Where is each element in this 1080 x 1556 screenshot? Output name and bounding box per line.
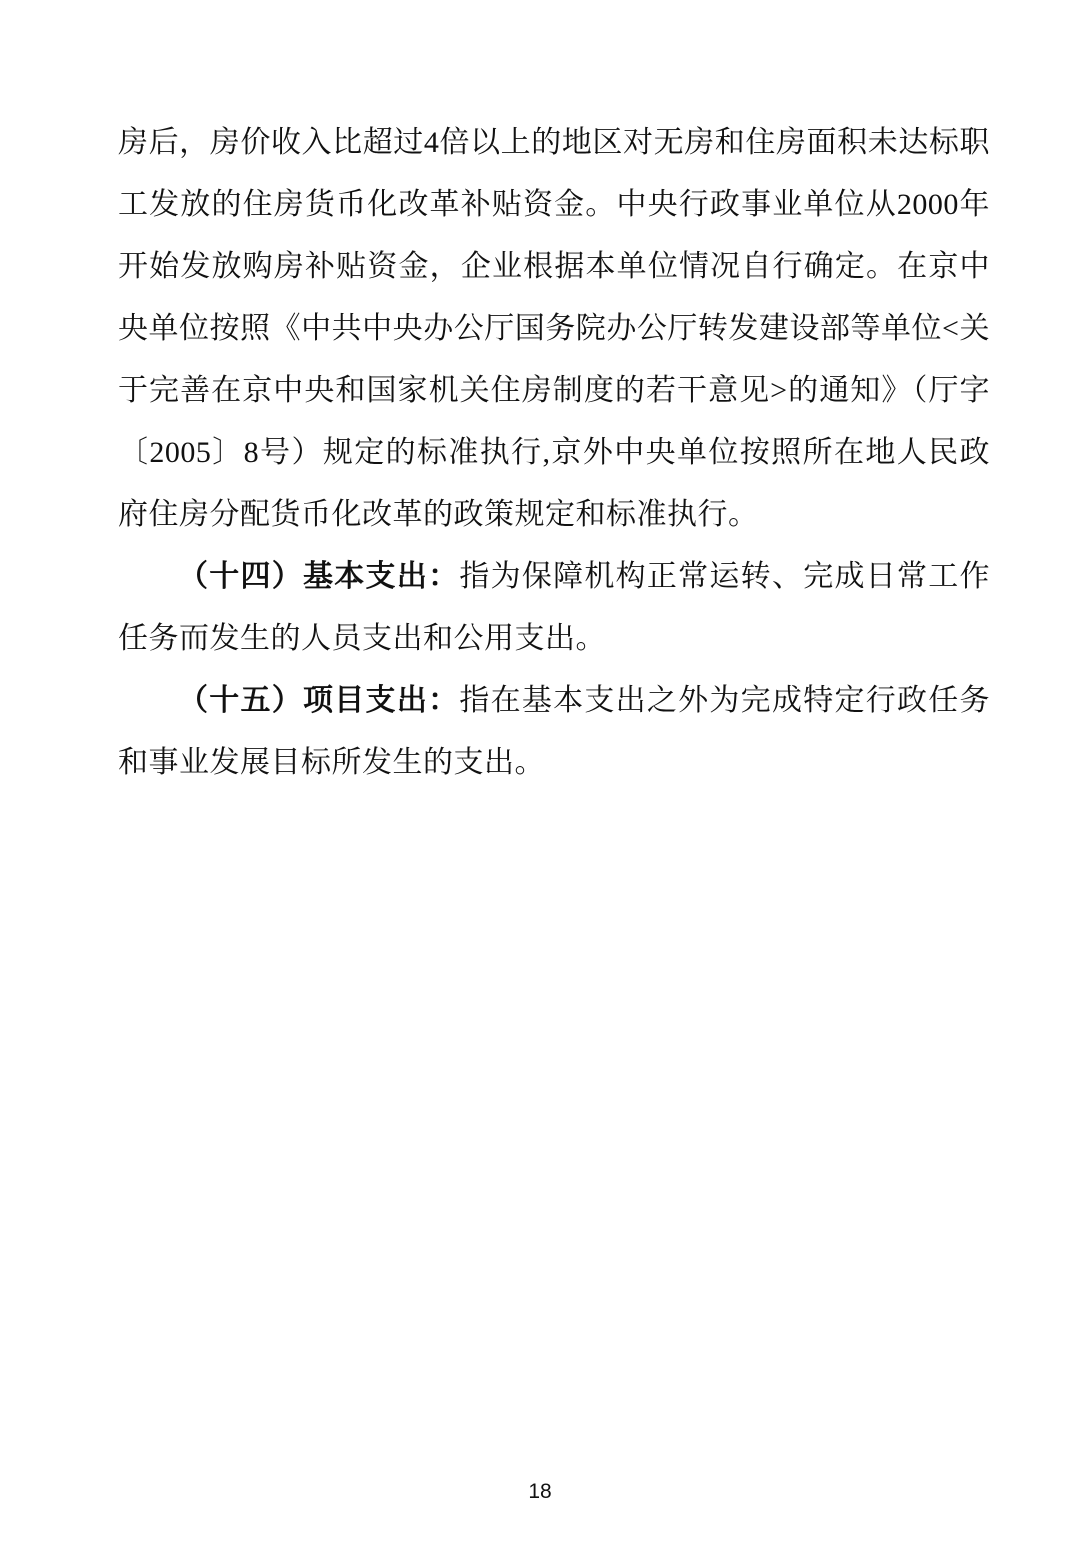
paragraph: （十四）基本支出：指为保障机构正常运转、完成日常工作任务而发生的人员支出和公用支… — [118, 546, 990, 670]
paragraph: 房后，房价收入比超过4倍以上的地区对无房和住房面积未达标职工发放的住房货币化改革… — [118, 112, 990, 546]
paragraph: （十五）项目支出：指在基本支出之外为完成特定行政任务和事业发展目标所发生的支出。 — [118, 670, 990, 794]
paragraph-lead: （十四）基本支出： — [178, 560, 459, 593]
document-page: 房后，房价收入比超过4倍以上的地区对无房和住房面积未达标职工发放的住房货币化改革… — [0, 0, 1080, 1556]
paragraph-text: 房后，房价收入比超过4倍以上的地区对无房和住房面积未达标职工发放的住房货币化改革… — [118, 126, 990, 531]
paragraph-lead: （十五）项目支出： — [178, 684, 459, 717]
document-body: 房后，房价收入比超过4倍以上的地区对无房和住房面积未达标职工发放的住房货币化改革… — [118, 112, 990, 794]
page-number: 18 — [0, 1480, 1080, 1504]
